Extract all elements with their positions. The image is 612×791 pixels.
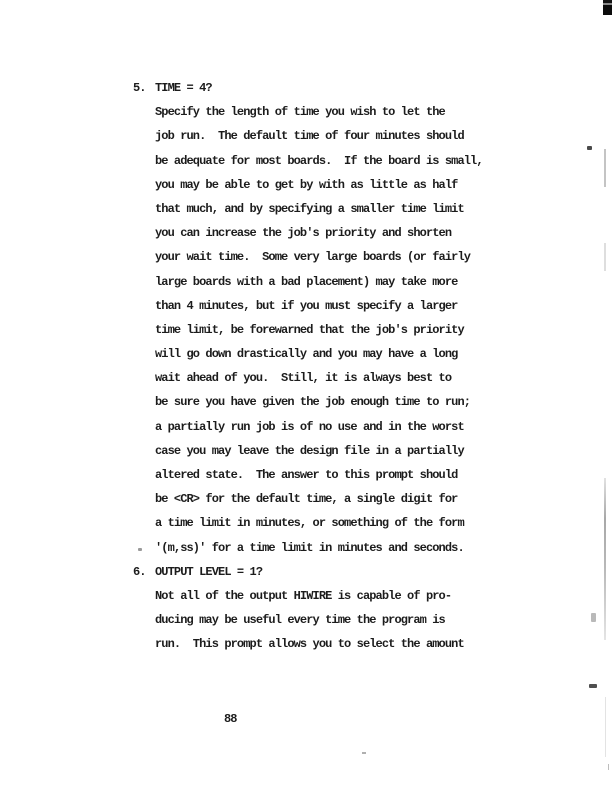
text-line: Not all of the output HIWIRE is capable …: [133, 584, 483, 608]
text-line: run. This prompt allows you to select th…: [133, 632, 483, 656]
page-content: 5.TIME = 4? Specify the length of time y…: [133, 76, 483, 657]
list-item-6-heading: 6.OUTPUT LEVEL = 1?: [133, 560, 483, 584]
list-item-5-heading: 5.TIME = 4?: [133, 76, 483, 100]
scan-artifact-dot: [362, 752, 366, 754]
text-line: than 4 minutes, but if you must specify …: [133, 294, 483, 318]
scan-artifact-dash: [589, 684, 597, 688]
text-line: time limit, be forewarned that the job's…: [133, 318, 483, 342]
text-line: that much, and by specifying a smaller t…: [133, 197, 483, 221]
text-line: large boards with a bad placement) may t…: [133, 270, 483, 294]
scan-artifact-corner: [603, 0, 612, 15]
text-line: wait ahead of you. Still, it is always b…: [133, 366, 483, 390]
scan-artifact-dot: [138, 548, 142, 551]
text-line: you can increase the job's priority and …: [133, 221, 483, 245]
text-line: be sure you have given the job enough ti…: [133, 390, 483, 414]
scan-artifact-streak: [604, 149, 606, 187]
page-number: 88: [224, 707, 237, 731]
text-line: job run. The default time of four minute…: [133, 124, 483, 148]
text-line: case you may leave the design file in a …: [133, 439, 483, 463]
scan-artifact-dot: [587, 146, 592, 150]
text-line: a partially run job is of no use and in …: [133, 415, 483, 439]
text-line: '(m,ss)' for a time limit in minutes and…: [133, 536, 483, 560]
text-line: ducing may be useful every time the prog…: [133, 608, 483, 632]
scan-artifact-streak: [605, 697, 606, 757]
item-6-number: 6.: [133, 560, 155, 584]
text-line: a time limit in minutes, or something of…: [133, 511, 483, 535]
scan-artifact-smudge: [591, 613, 596, 622]
scan-artifact-edge: [608, 764, 609, 770]
item-5-title: TIME = 4?: [155, 81, 212, 95]
item-6-title: OUTPUT LEVEL = 1?: [155, 565, 262, 579]
document-page: 5.TIME = 4? Specify the length of time y…: [0, 0, 612, 791]
text-line: your wait time. Some very large boards (…: [133, 245, 483, 269]
item-5-number: 5.: [133, 76, 155, 100]
scan-artifact-streak: [604, 243, 606, 271]
scan-artifact-streak: [604, 478, 606, 640]
text-line: altered state. The answer to this prompt…: [133, 463, 483, 487]
text-line: be <CR> for the default time, a single d…: [133, 487, 483, 511]
text-line: be adequate for most boards. If the boar…: [133, 149, 483, 173]
text-line: Specify the length of time you wish to l…: [133, 100, 483, 124]
text-line: will go down drastically and you may hav…: [133, 342, 483, 366]
text-line: you may be able to get by with as little…: [133, 173, 483, 197]
